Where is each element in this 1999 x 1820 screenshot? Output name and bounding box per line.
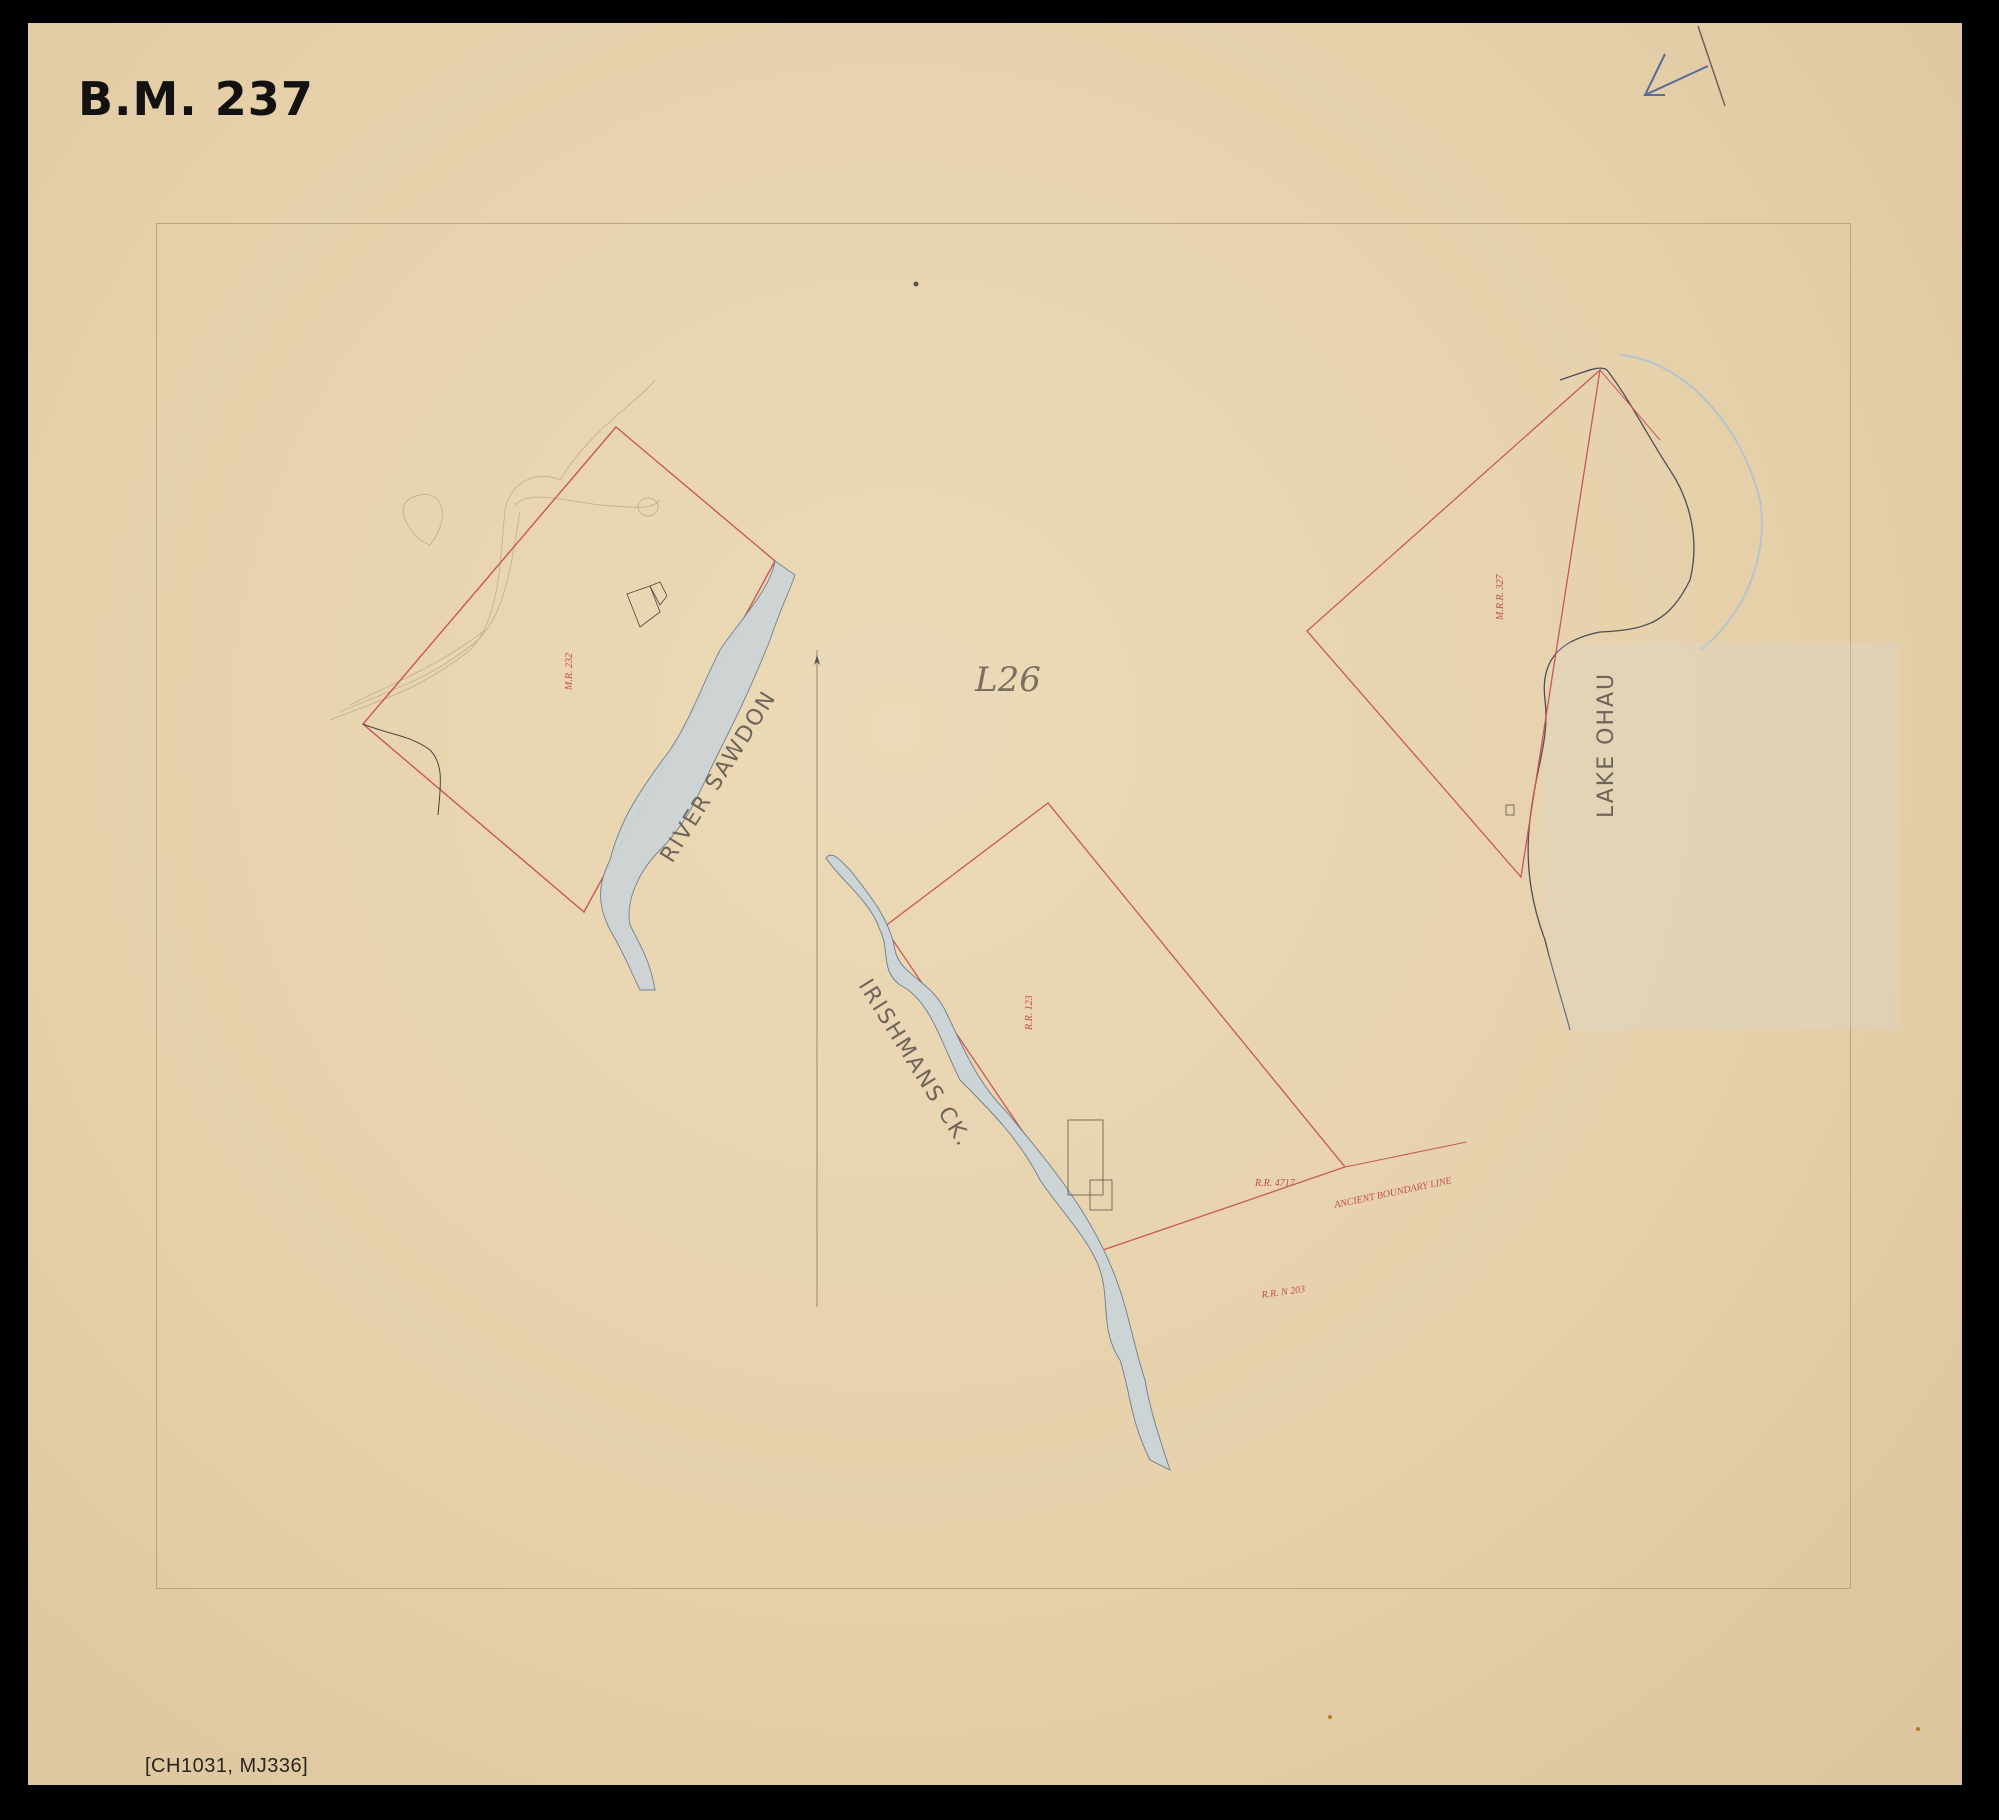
right-survey-map: LAKE OHAU M.R.R. 327 — [1307, 355, 1900, 1030]
irishmans-creek — [826, 855, 1170, 1470]
left-lot-number: M.R. 232 — [564, 653, 575, 691]
right-lot-number: M.R.R. 327 — [1495, 573, 1506, 621]
survey-drawings: RIVER SAWDON M.R. 232 IRISHMANS CK. R.R.… — [0, 0, 1999, 1820]
left-survey-map: RIVER SAWDON M.R. 232 — [330, 380, 795, 990]
river-sawdon — [601, 561, 795, 990]
middle-survey-map: IRISHMANS CK. R.R. 123 R.R. 4717 R.R. N … — [826, 803, 1466, 1470]
stain-spot — [1328, 1715, 1332, 1719]
middle-lot-number: R.R. 123 — [1024, 995, 1035, 1031]
stain-spot — [1916, 1727, 1920, 1731]
ancient-boundary-label: ANCIENT BOUNDARY LINE — [1332, 1175, 1452, 1211]
ancient-boundary-line — [1345, 1139, 1466, 1170]
lake-ohau-label: LAKE OHAU — [1594, 672, 1619, 818]
middle-lot-number-3: R.R. N 203 — [1260, 1284, 1306, 1301]
stain-spot — [914, 282, 919, 287]
corner-mark-icon — [1645, 26, 1725, 106]
middle-lot-number-2: R.R. 4717 — [1254, 1178, 1296, 1189]
hut-icon — [1506, 805, 1514, 815]
